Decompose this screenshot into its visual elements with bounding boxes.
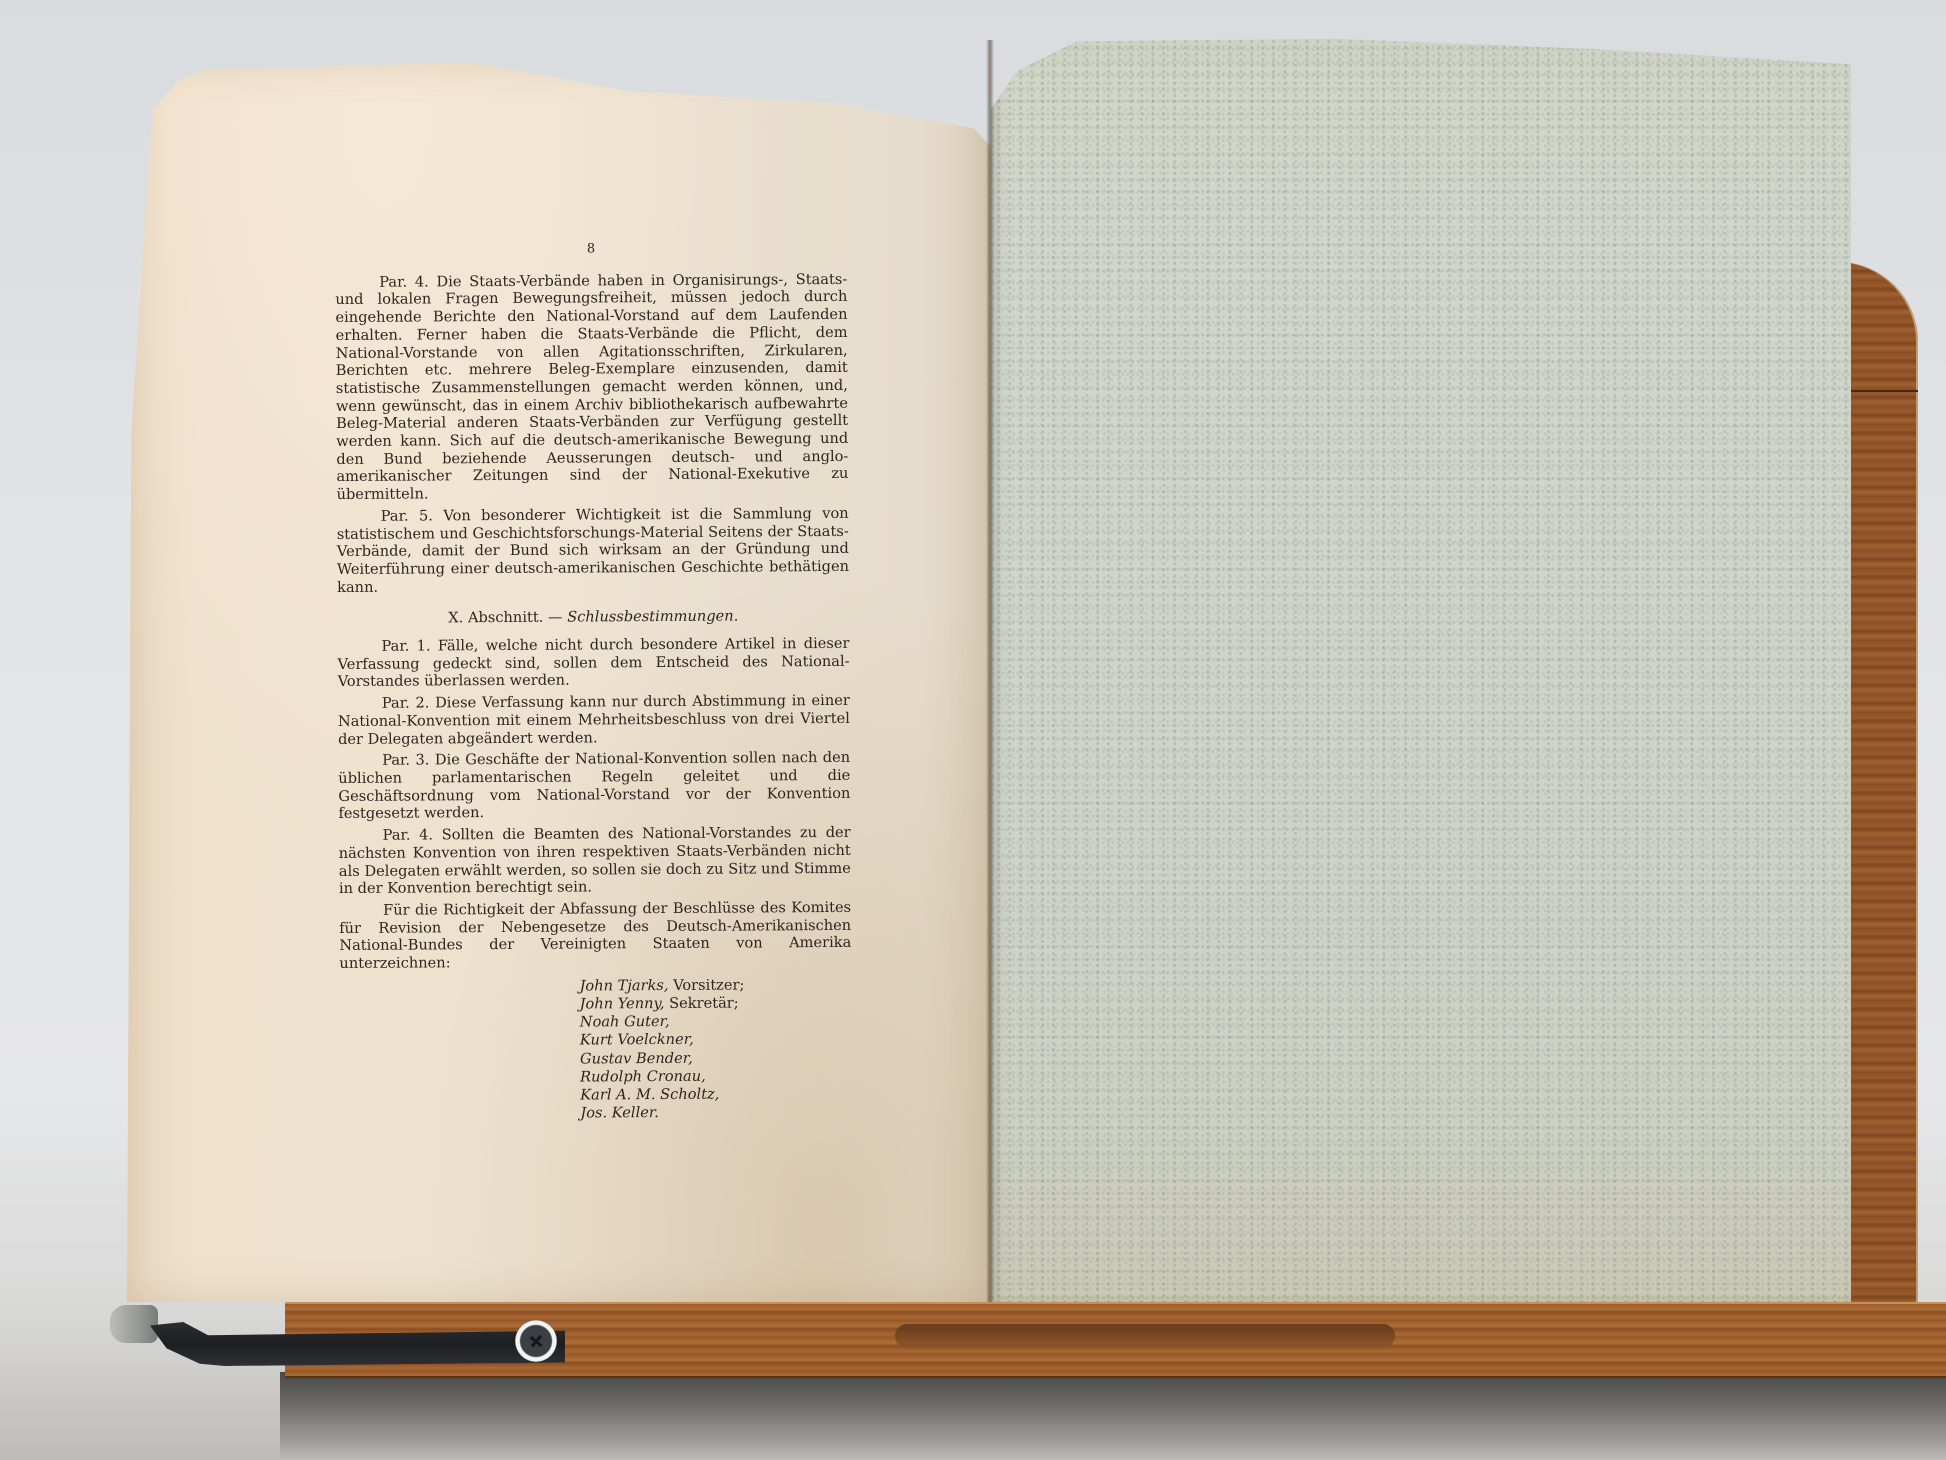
paragraph-label: Par. 2. [382,695,430,712]
section-number: X. Abschnitt. — [448,609,562,627]
signatory-name: John Tjarks, [579,977,668,995]
signatory: Kurt Voelckner, [580,1030,852,1050]
section-heading: X. Abschnitt. — Schlussbestimmungen. [337,607,849,628]
paragraph-text: Die Staats-Verbände haben in Organisirun… [335,271,848,504]
signatory-name: Kurt Voelckner, [580,1031,694,1049]
paragraph-label: Par. 3. [382,752,429,769]
signatory-name: Jos. Keller. [580,1104,659,1121]
rail-shadow [280,1372,1946,1460]
page-clip-tip [110,1305,158,1343]
signatory-name: John Yenny, [580,995,665,1013]
signatory: Jos. Keller. [580,1103,852,1123]
signatory-name: Rudolph Cronau, [580,1067,706,1085]
signatory-role: Vorsitzer; [673,976,744,993]
right-page-endpaper [991,26,1851,1303]
section-title: Schlussbestimmungen. [567,608,738,626]
rail-groove [895,1324,1395,1348]
book-spine [986,40,994,1302]
paragraph-par3: Par. 3. Die Geschäfte der National-Konve… [338,749,850,823]
signatory: John Tjarks, Vorsitzer; [579,976,851,996]
closing-statement: Für die Richtigkeit der Abfassung der Be… [339,899,851,973]
page-number: 8 [335,239,847,260]
clip-screw-icon [515,1320,557,1362]
signatory-name: Noah Guter, [580,1013,670,1031]
signatory: Rudolph Cronau, [580,1067,852,1087]
left-page-text: 8 Par. 4. Die Staats-Verbände haben in O… [335,239,852,1124]
paragraph-label: Par. 1. [381,637,430,654]
paragraph-label: Par. 4. [379,273,429,290]
signatory: Gustav Bender, [580,1048,852,1068]
signatory: John Yenny, Sekretär; [580,994,852,1014]
photo-scene: 8 Par. 4. Die Staats-Verbände haben in O… [0,0,1946,1460]
paragraph-par4: Par. 4. Sollten die Beamten des National… [339,824,851,898]
signatory: Karl A. M. Scholtz, [580,1085,852,1105]
signatory-role: Sekretär; [669,994,739,1011]
paragraph-label: Par. 4. [383,827,434,844]
signatory-name: Gustav Bender, [580,1049,693,1067]
signatory: Noah Guter, [580,1012,852,1032]
paragraph-label: Par. 5. [381,507,433,524]
paragraph-par2: Par. 2. Diese Verfassung kann nur durch … [338,692,850,748]
paragraph-par5-section9: Par. 5. Von besonderer Wichtigkeit ist d… [337,505,850,597]
signatory-list: John Tjarks, Vorsitzer; John Yenny, Sekr… [579,976,852,1123]
paragraph-par1: Par. 1. Fälle, welche nicht durch besond… [337,635,849,691]
paragraph-par4-section9: Par. 4. Die Staats-Verbände haben in Org… [335,271,848,504]
signatory-name: Karl A. M. Scholtz, [580,1086,719,1104]
